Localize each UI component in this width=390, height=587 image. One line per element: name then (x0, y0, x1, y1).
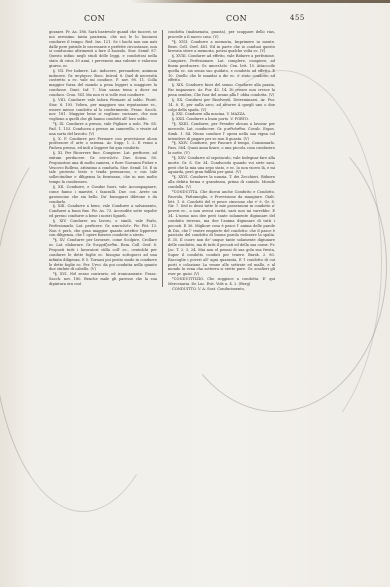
right-column: condotta (malmenata, guasta), per scappa… (168, 30, 275, 292)
entry-paragraph: condotta (malmenata, guasta), per scappa… (168, 30, 275, 40)
entry-paragraph: §. VII. Per Indurre. Lat. inducere, pers… (49, 69, 157, 98)
entry-paragraph: *§. XXV. Condurre al sepotaculo, vale In… (168, 156, 275, 175)
entry-paragraph: §. VIII. Condurre vale talora Fermare al… (49, 98, 157, 122)
left-column: gozzare. Fr. As. 186. Sarà bastevole qua… (49, 30, 157, 287)
entry-paragraph: §. XII. Condurre, e Condur fuori, vale A… (49, 185, 157, 204)
entry-paragraph: *§. XXVI. Condurre la nunzia. T. dei Zec… (168, 175, 275, 190)
page-top-edge-shadow (130, 0, 390, 3)
entry-paragraph: *CONDUITTIZIO. Che soggiace a condotta. … (168, 277, 275, 287)
entry-paragraph: §. XIV. Condurre un lavoro, o simili, va… (49, 219, 157, 238)
guide-word-left: CON (84, 14, 105, 23)
page-number: 455 (290, 14, 305, 22)
entry-paragraph: §. XVIII. Condurre ad effetto, vale Ridu… (168, 54, 275, 83)
entry-paragraph: CONDUITTO. V. A. Sost. Conducimento, (168, 287, 275, 292)
entry-paragraph: *§. XXIII. Condurre, per Prender alcuno … (168, 122, 275, 141)
entry-paragraph: *CONDUITTA. Che diceui anche Condutto e … (168, 190, 275, 277)
entry-paragraph: *§. IX. Condurre a presso, vale Pigliare… (49, 122, 157, 137)
entry-paragraph: *§. XVI. Nel senso contrario, ed ironica… (49, 272, 157, 287)
scanned-page: CON CON 455 gozzare. Fr. As. 186. Sarà b… (0, 0, 390, 587)
guide-word-right: CON (226, 14, 247, 23)
entry-paragraph: *§. XVII. Condurre a memoria, Imprimere … (168, 40, 275, 55)
entry-paragraph: *§. XXIV. Condurre, per Pascare il tempo… (168, 141, 275, 156)
entry-paragraph: §. XX. Condursi per Risolversi, Determin… (168, 98, 275, 113)
entry-paragraph: §. XIII. Condurre a bene, vale Condurre … (49, 204, 157, 219)
entry-paragraph: §. X. F. Condurre per Fermare con provvi… (49, 137, 157, 152)
entry-paragraph: §. XI. Per Ricorrere fine. Compiere. Lat… (49, 151, 157, 185)
entry-paragraph: *§. XV. Condurre per lavorare, come Scol… (49, 238, 157, 272)
entry-paragraph: gozzare. Fr. As. 186. Sarà bastevole qua… (49, 30, 157, 69)
column-divider (162, 30, 163, 287)
entry-paragraph: §. XIX. Condurre fuori del senno. Condur… (168, 83, 275, 98)
running-header: CON CON 455 (50, 14, 308, 28)
